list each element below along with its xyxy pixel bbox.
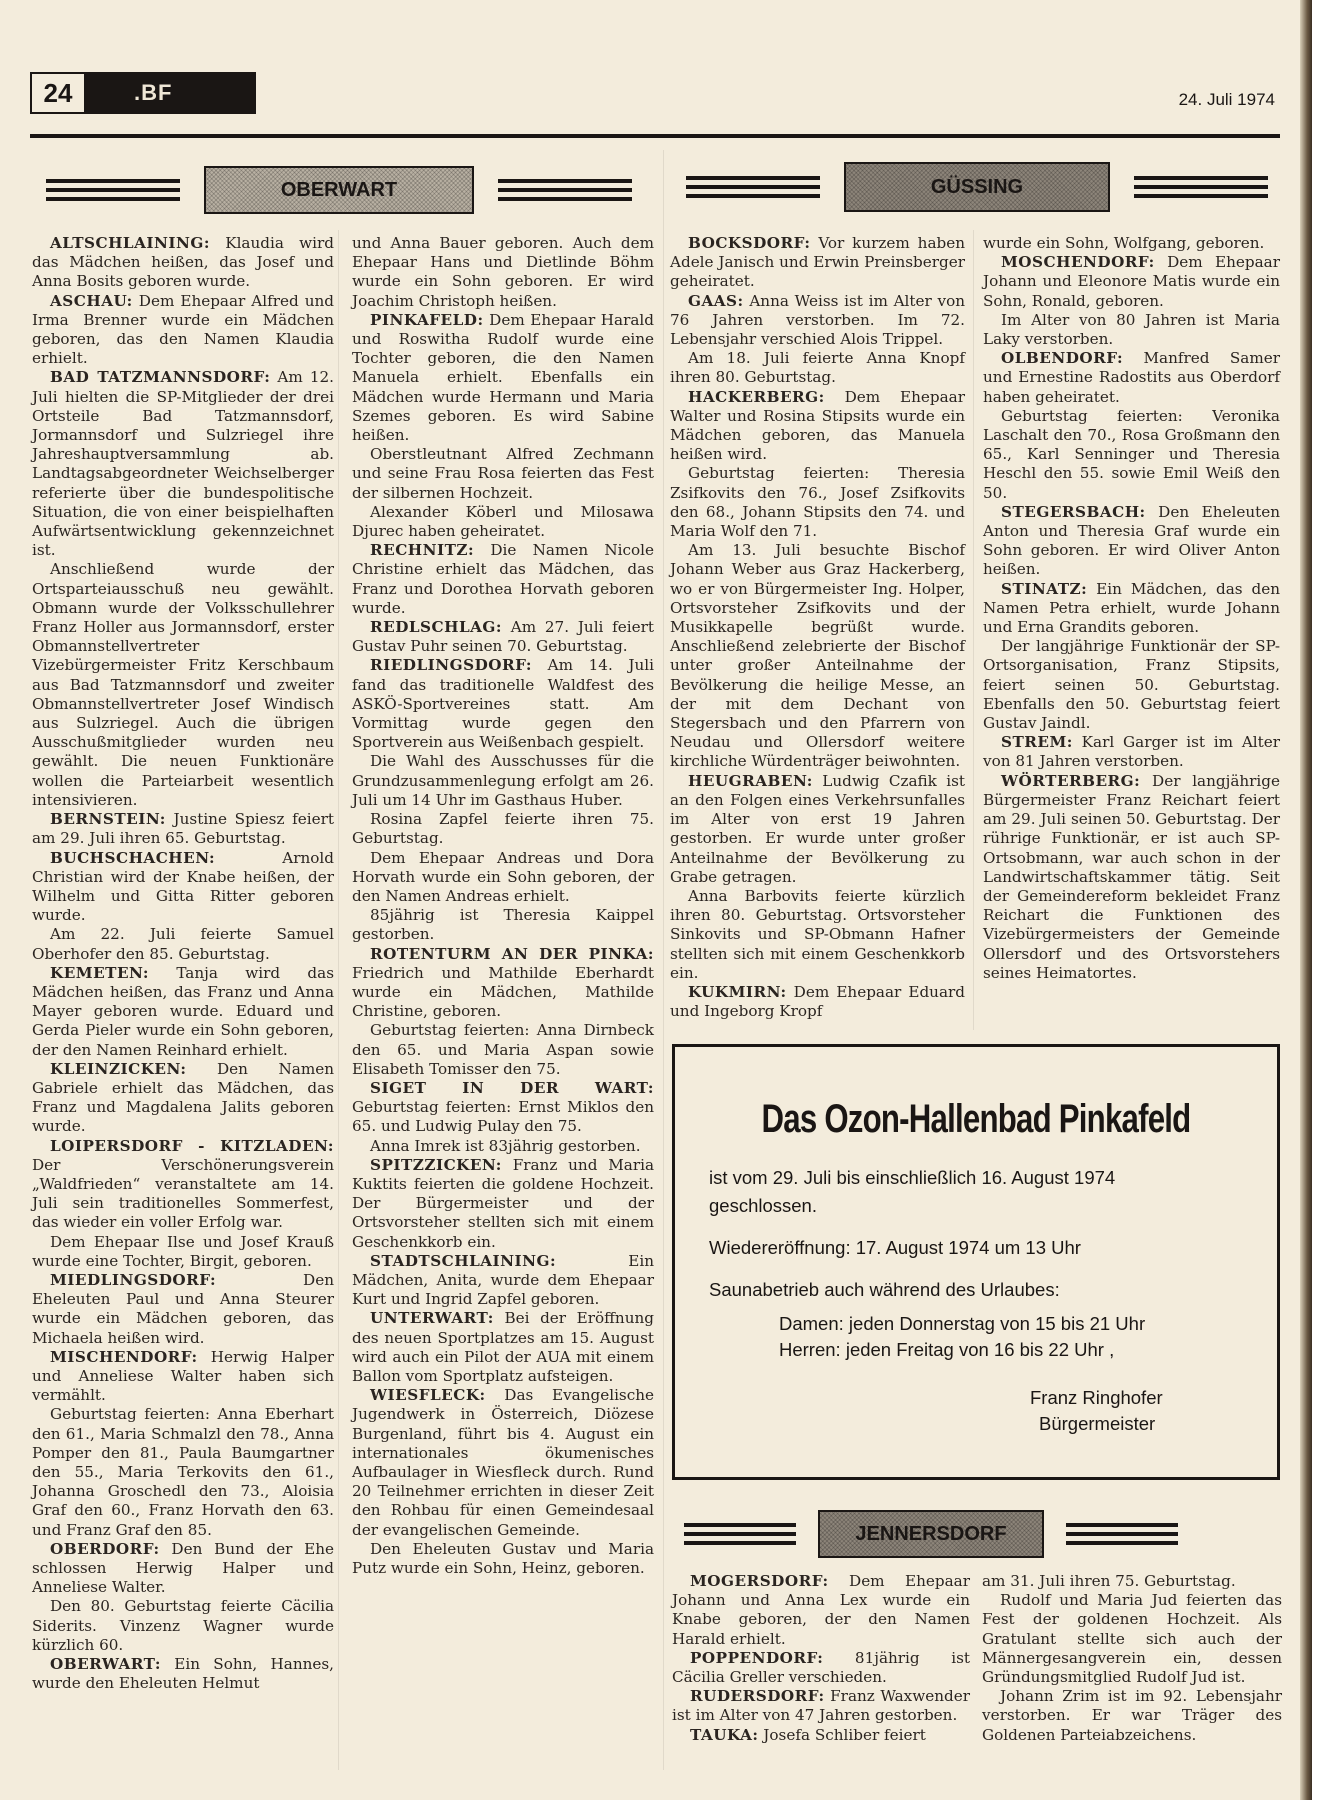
news-item: wurde ein Sohn, Wolfgang, geboren. (983, 234, 1280, 253)
ad-ladies-hours: Damen: jeden Donnerstag von 15 bis 21 Uh… (779, 1313, 1145, 1335)
decorative-rule (1066, 1523, 1178, 1545)
ad-headline: Das Ozon-Hallenbad Pinkafeld (741, 1097, 1211, 1142)
news-item: Dem Ehepaar Ilse und Josef Krauß wurde e… (32, 1233, 334, 1271)
place-name: LOIPERSDORF - KITZLADEN: (50, 1137, 334, 1155)
news-item: OLBENDORF: Manfred Samer und Ernestine R… (983, 349, 1280, 407)
news-item: BERNSTEIN: Justine Spiesz feiert am 29. … (32, 810, 334, 848)
place-name: ROTENTURM AN DER PINKA: (370, 945, 654, 963)
news-text: Geburtstag feierten: Ernst Miklos den 65… (352, 1098, 654, 1135)
place-name: UNTERWART: (370, 1309, 494, 1327)
place-name: BUCHSCHACHEN: (50, 849, 215, 867)
issue-date: 24. Juli 1974 (1179, 90, 1275, 110)
news-item: HEUGRABEN: Ludwig Czafik ist an den Folg… (670, 772, 965, 887)
oberwart-column-2: und Anna Bauer geboren. Auch dem Ehepaar… (352, 234, 654, 1578)
column-divider (973, 230, 974, 1030)
news-item: RIEDLINGSDORF: Am 14. Juli fand das trad… (352, 656, 654, 752)
news-item: Am 13. Juli besuchte Bischof Johann Webe… (670, 541, 965, 771)
news-item: Geburtstag feierten: Anna Dirnbeck den 6… (352, 1021, 654, 1079)
guessing-column-2: wurde ein Sohn, Wolfgang, geboren.MOSCHE… (983, 234, 1280, 983)
news-item: Rosina Zapfel feierte ihren 75. Geburtst… (352, 810, 654, 848)
section-banner-oberwart: OBERWART (46, 166, 632, 214)
decorative-rule (1134, 176, 1268, 198)
place-name: MOSCHENDORF: (1001, 253, 1155, 271)
news-item: Rudolf und Maria Jud feierten das Fest d… (982, 1591, 1282, 1687)
news-item: MOGERSDORF: Dem Ehepaar Johann und Anna … (672, 1572, 970, 1649)
news-item: STEGERSBACH: Den Eheleuten Anton und The… (983, 503, 1280, 580)
news-item: SIGET IN DER WART: Geburtstag feierten: … (352, 1079, 654, 1137)
news-text: Den 80. Geburtstag feierte Cäcilia Sider… (32, 1597, 334, 1653)
news-text: Johann Zrim ist im 92. Lebensjahr versto… (982, 1687, 1282, 1743)
ad-signer-title: Bürgermeister (1039, 1413, 1155, 1435)
place-name: GAAS: (688, 292, 744, 310)
news-item: RECHNITZ: Die Namen Nicole Christine erh… (352, 541, 654, 618)
place-name: STEGERSBACH: (1001, 503, 1146, 521)
guessing-column-1: BOCKSDORF: Vor kurzem haben Adele Janisc… (670, 234, 965, 1021)
jennersdorf-column-1: MOGERSDORF: Dem Ehepaar Johann und Anna … (672, 1572, 970, 1745)
ad-sauna-notice: Saunabetrieb auch während des Urlaubes: (709, 1279, 1060, 1301)
news-text: Geburtstag feierten: Anna Eberhart den 6… (32, 1405, 334, 1538)
news-item: und Anna Bauer geboren. Auch dem Ehepaar… (352, 234, 654, 311)
news-item: Am 22. Juli feierte Samuel Oberhofer den… (32, 925, 334, 963)
news-item: Der langjährige Funktionär der SP-Ortsor… (983, 637, 1280, 733)
ad-closure-dates: ist vom 29. Juli bis einschließlich 16. … (709, 1167, 1115, 1189)
news-text: Anna Barbovits feierte kürzlich ihren 80… (670, 887, 965, 982)
news-item: SPITZZICKEN: Franz und Maria Kuktits fei… (352, 1156, 654, 1252)
decorative-rule (684, 1523, 796, 1545)
place-name: POPPENDORF: (690, 1649, 823, 1667)
news-item: RUDERSDORF: Franz Waxwender ist im Alter… (672, 1687, 970, 1725)
news-item: GAAS: Anna Weiss ist im Alter von 76 Jah… (670, 292, 965, 350)
news-text: und Anna Bauer geboren. Auch dem Ehepaar… (352, 234, 654, 310)
news-item: HACKERBERG: Dem Ehepaar Walter und Rosin… (670, 388, 965, 465)
news-text: Der langjährige Bürgermeister Franz Reic… (983, 772, 1280, 982)
page-number: 24 (32, 74, 84, 112)
news-item: REDLSCHLAG: Am 27. Juli feiert Gustav Pu… (352, 618, 654, 656)
place-name: BOCKSDORF: (688, 234, 810, 252)
place-name: KLEINZICKEN: (50, 1060, 186, 1078)
section-title-oberwart: OBERWART (204, 166, 474, 214)
news-item: WÖRTERBERG: Der langjährige Bürgermeiste… (983, 772, 1280, 983)
decorative-rule (686, 176, 820, 198)
news-text: Dem Ehepaar Harald und Roswitha Rudolf w… (352, 311, 654, 444)
news-item: STREM: Karl Garger ist im Alter von 81 J… (983, 733, 1280, 771)
decorative-rule (498, 179, 632, 201)
news-text: Den Eheleuten Gustav und Maria Putz wurd… (352, 1540, 654, 1577)
news-item: ASCHAU: Dem Ehepaar Alfred und Irma Bren… (32, 292, 334, 369)
masthead: 24 .BF (30, 72, 256, 114)
news-text: 85jährig ist Theresia Kaippel gestorben. (352, 906, 654, 943)
news-text: am 31. Juli ihren 75. Geburtstag. (982, 1572, 1236, 1590)
oberwart-column-1: ALTSCHLAINING: Klaudia wird das Mädchen … (32, 234, 334, 1693)
place-name: REDLSCHLAG: (370, 618, 502, 636)
place-name: HACKERBERG: (688, 388, 825, 406)
news-text: Geburtstag feierten: Veronika Laschalt d… (983, 407, 1280, 502)
place-name: ALTSCHLAINING: (50, 234, 210, 252)
news-item: Alexander Köberl und Milosawa Djurec hab… (352, 503, 654, 541)
news-item: WIESFLECK: Das Evangelische Jugendwerk i… (352, 1386, 654, 1540)
news-item: Oberstleutnant Alfred Zechmann und seine… (352, 445, 654, 503)
news-item: PINKAFELD: Dem Ehepaar Harald und Roswit… (352, 311, 654, 445)
news-text: Die Wahl des Ausschusses für die Grundzu… (352, 752, 654, 808)
news-item: BUCHSCHACHEN: Arnold Christian wird der … (32, 849, 334, 926)
place-name: OLBENDORF: (1001, 349, 1123, 367)
ad-signer-name: Franz Ringhofer (1030, 1387, 1163, 1409)
column-divider (663, 150, 664, 1770)
page-binding-shadow (1300, 0, 1312, 1800)
place-name: STREM: (1001, 733, 1073, 751)
news-item: OBERDORF: Den Bund der Ehe schlossen Her… (32, 1540, 334, 1598)
header-rule (30, 134, 1280, 138)
news-item: BAD TATZMANNSDORF: Am 12. Juli hielten d… (32, 368, 334, 560)
decorative-rule (46, 179, 180, 201)
news-item: STADTSCHLAINING: Ein Mädchen, Anita, wur… (352, 1252, 654, 1310)
news-text: Der langjährige Funktionär der SP-Ortsor… (983, 637, 1280, 732)
ad-closed-text: geschlossen. (709, 1195, 817, 1217)
ad-men-hours: Herren: jeden Freitag von 16 bis 22 Uhr … (779, 1339, 1114, 1361)
place-name: KUKMIRN: (688, 983, 787, 1001)
news-text: Am 22. Juli feierte Samuel Oberhofer den… (32, 925, 334, 962)
news-item: KUKMIRN: Dem Ehepaar Eduard und Ingeborg… (670, 983, 965, 1021)
news-item: Den Eheleuten Gustav und Maria Putz wurd… (352, 1540, 654, 1578)
place-name: HEUGRABEN: (688, 772, 813, 790)
news-text: Das Evangelische Jugendwerk in Österreic… (352, 1386, 654, 1538)
news-item: Am 18. Juli feierte Anna Knopf ihren 80.… (670, 349, 965, 387)
place-name: BAD TATZMANNSDORF: (50, 368, 270, 386)
news-item: ROTENTURM AN DER PINKA: Friedrich und Ma… (352, 945, 654, 1022)
place-name: OBERWART: (50, 1655, 161, 1673)
news-item: ALTSCHLAINING: Klaudia wird das Mädchen … (32, 234, 334, 292)
news-text: Anna Imrek ist 83jährig gestorben. (370, 1137, 641, 1155)
news-item: TAUKA: Josefa Schliber feiert (672, 1726, 970, 1745)
place-name: TAUKA: (690, 1726, 758, 1744)
place-name: STADTSCHLAINING: (370, 1252, 556, 1270)
place-name: BERNSTEIN: (50, 810, 166, 828)
news-text: Dem Ehepaar Andreas und Dora Horvath wur… (352, 849, 654, 905)
news-item: Die Wahl des Ausschusses für die Grundzu… (352, 752, 654, 810)
section-banner-jennersdorf: JENNERSDORF (684, 1510, 1178, 1558)
place-name: MIEDLINGSDORF: (50, 1271, 216, 1289)
news-item: STINATZ: Ein Mädchen, das den Namen Petr… (983, 580, 1280, 638)
place-name: MOGERSDORF: (690, 1572, 829, 1590)
news-item: am 31. Juli ihren 75. Geburtstag. (982, 1572, 1282, 1591)
place-name: SPITZZICKEN: (370, 1156, 502, 1174)
news-text: Rosina Zapfel feierte ihren 75. Geburtst… (352, 810, 654, 847)
column-divider (338, 230, 339, 1770)
news-item: Geburtstag feierten: Theresia Zsifkovits… (670, 464, 965, 541)
news-item: Im Alter von 80 Jahren ist Maria Laky ve… (983, 311, 1280, 349)
news-text: wurde ein Sohn, Wolfgang, geboren. (983, 234, 1264, 252)
news-item: MOSCHENDORF: Dem Ehepaar Johann und Eleo… (983, 253, 1280, 311)
section-code: .BF (84, 74, 254, 112)
place-name: PINKAFELD: (370, 311, 484, 329)
place-name: WÖRTERBERG: (1001, 772, 1140, 790)
news-item: Anschließend wurde der Ortsparteiausschu… (32, 560, 334, 810)
news-item: UNTERWART: Bei der Eröffnung des neuen S… (352, 1309, 654, 1386)
news-text: Josefa Schliber feiert (758, 1726, 925, 1744)
news-item: Geburtstag feierten: Anna Eberhart den 6… (32, 1405, 334, 1539)
place-name: OBERDORF: (50, 1540, 160, 1558)
news-item: KEMETEN: Tanja wird das Mädchen heißen, … (32, 964, 334, 1060)
section-banner-guessing: GÜSSING (686, 162, 1268, 212)
news-text: Im Alter von 80 Jahren ist Maria Laky ve… (983, 311, 1280, 348)
place-name: WIESFLECK: (370, 1386, 486, 1404)
news-text: Friedrich und Mathilde Eberhardt wurde e… (352, 964, 654, 1020)
news-text: Anschließend wurde der Ortsparteiausschu… (32, 560, 334, 808)
jennersdorf-column-2: am 31. Juli ihren 75. Geburtstag.Rudolf … (982, 1572, 1282, 1745)
news-item: Dem Ehepaar Andreas und Dora Horvath wur… (352, 849, 654, 907)
place-name: SIGET IN DER WART: (370, 1079, 654, 1097)
news-item: POPPENDORF: 81jährig ist Cäcilia Greller… (672, 1649, 970, 1687)
news-item: Anna Imrek ist 83jährig gestorben. (352, 1137, 654, 1156)
news-text: Am 12. Juli hielten die SP-Mitglieder de… (32, 368, 334, 559)
section-title-jennersdorf: JENNERSDORF (818, 1510, 1044, 1558)
news-item: MIEDLINGSDORF: Den Eheleuten Paul und An… (32, 1271, 334, 1348)
place-name: RECHNITZ: (370, 541, 474, 559)
news-text: Am 18. Juli feierte Anna Knopf ihren 80.… (670, 349, 965, 386)
news-item: 85jährig ist Theresia Kaippel gestorben. (352, 906, 654, 944)
news-item: MISCHENDORF: Herwig Halper und Anneliese… (32, 1348, 334, 1406)
news-text: Der Verschönerungsverein „Waldfrieden“ v… (32, 1156, 334, 1232)
news-text: Dem Ehepaar Ilse und Josef Krauß wurde e… (32, 1233, 334, 1270)
place-name: MISCHENDORF: (50, 1348, 198, 1366)
news-item: Den 80. Geburtstag feierte Cäcilia Sider… (32, 1597, 334, 1655)
news-item: KLEINZICKEN: Den Namen Gabriele erhielt … (32, 1060, 334, 1137)
news-item: BOCKSDORF: Vor kurzem haben Adele Janisc… (670, 234, 965, 292)
section-title-guessing: GÜSSING (844, 162, 1110, 212)
news-item: Anna Barbovits feierte kürzlich ihren 80… (670, 887, 965, 983)
news-text: Rudolf und Maria Jud feierten das Fest d… (982, 1591, 1282, 1686)
advertisement-hallenbad: Das Ozon-Hallenbad Pinkafeld ist vom 29.… (672, 1044, 1280, 1480)
news-item: LOIPERSDORF - KITZLADEN: Der Verschöneru… (32, 1137, 334, 1233)
news-item: OBERWART: Ein Sohn, Hannes, wurde den Eh… (32, 1655, 334, 1693)
place-name: STINATZ: (1001, 580, 1087, 598)
place-name: RIEDLINGSDORF: (370, 656, 532, 674)
news-item: Johann Zrim ist im 92. Lebensjahr versto… (982, 1687, 1282, 1745)
place-name: RUDERSDORF: (690, 1687, 825, 1705)
news-text: Geburtstag feierten: Theresia Zsifkovits… (670, 464, 965, 540)
news-text: Oberstleutnant Alfred Zechmann und seine… (352, 445, 654, 501)
news-text: Am 13. Juli besuchte Bischof Johann Webe… (670, 541, 965, 770)
news-text: Geburtstag feierten: Anna Dirnbeck den 6… (352, 1021, 654, 1077)
news-item: Geburtstag feierten: Veronika Laschalt d… (983, 407, 1280, 503)
place-name: KEMETEN: (50, 964, 149, 982)
place-name: ASCHAU: (50, 292, 133, 310)
news-text: Alexander Köberl und Milosawa Djurec hab… (352, 503, 654, 540)
ad-reopening: Wiedereröffnung: 17. August 1974 um 13 U… (709, 1237, 1081, 1259)
